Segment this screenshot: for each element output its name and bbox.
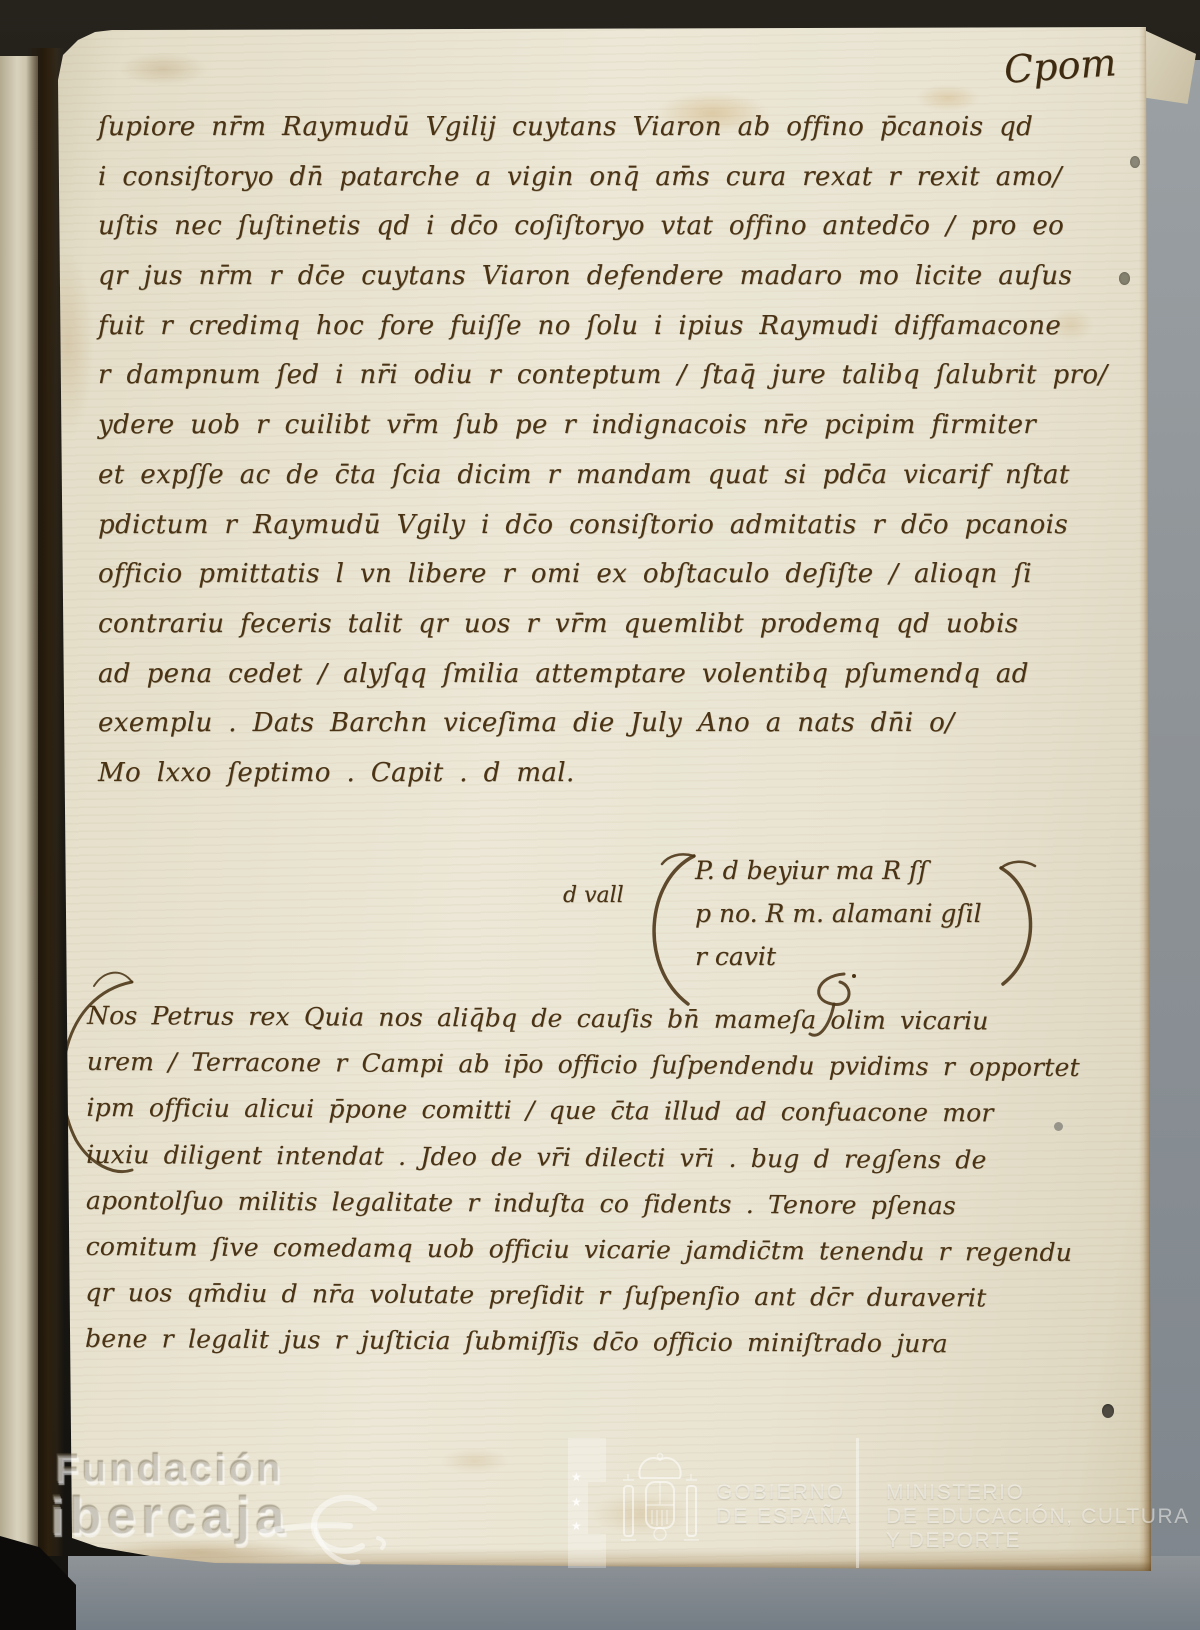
text-block-primary: ſupiore nr̄m Raymudū Vgilij cuytans Via… xyxy=(98,112,1048,808)
watermark-ibercaja-line2: ibercaja xyxy=(50,1487,290,1548)
manuscript-line: iuxiu diligent intendat . Jdeo de vr̄i d… xyxy=(86,1139,1096,1191)
flag-step-top xyxy=(588,1438,606,1482)
manuscript-line: Mo lxxo ſeptimo . Capit . d mal. xyxy=(98,758,1048,808)
manuscript-line: urem / Terracone r Campi ab ip̄o officio… xyxy=(87,1047,1097,1099)
manuscript-line: ydere uob r cuilibt vr̄m ſub pe r indign… xyxy=(98,410,1048,460)
spain-coat-of-arms-icon xyxy=(610,1450,710,1575)
manuscript-line: pdictum r Raymudū Vgily i dc̄o consiſto… xyxy=(98,510,1048,560)
parchment-hole xyxy=(1130,156,1140,168)
text-block-secondary: Nos Petrus rex Quia nos aliq̄bq de cauſi… xyxy=(85,1001,1097,1377)
signature-line: P. d beyiur ma R ſſ xyxy=(695,856,982,899)
folio-number: Cpom xyxy=(1003,40,1118,92)
parchment-stain xyxy=(118,52,208,86)
spain-government-flag-icon xyxy=(568,1438,606,1568)
watermark-ministry-line3: Y DEPORTE xyxy=(886,1529,1021,1553)
parchment-hole xyxy=(1119,272,1130,285)
manuscript-line: ipm officiu alicui p̄pone comitti / que … xyxy=(86,1093,1096,1145)
manuscript-line: qr uos qm̄diu d nr̄a volutate preſidit r… xyxy=(85,1278,1095,1330)
parchment-stain xyxy=(915,84,981,112)
manuscript-line: i consiſtoryo dn̄ patarche a vigin onq̄ … xyxy=(98,162,1048,212)
star-icon xyxy=(571,1470,585,1484)
manuscript-line: apontolſuo militis legalitate r induſta … xyxy=(86,1186,1096,1238)
watermark-government-line1: GOBIERNO xyxy=(716,1481,845,1505)
manuscript-line: uſtis nec ſuſtinetis qd i dc̄o coſiſtory… xyxy=(98,211,1048,261)
manuscript-line: bene r legalit jus r juſticia ſubmiſſis … xyxy=(85,1324,1095,1376)
manuscript-line: Nos Petrus rex Quia nos aliq̄bq de cauſi… xyxy=(87,1001,1097,1053)
manuscript-line: fuit r credimq hoc fore fuiſſe no ſolu i… xyxy=(98,311,1048,361)
watermark-ministry-line1: MINISTERIO xyxy=(886,1481,1025,1505)
manuscript-line: ad pena cedet / alyſqq ſmilia attemptare… xyxy=(98,659,1048,709)
watermark-ministry-line2: DE EDUCACIÓN, CULTURA xyxy=(886,1505,1190,1529)
flag-step-bottom xyxy=(588,1534,606,1568)
manuscript-line: et expſſe ac de c̄ta ſcia dicim r mandam… xyxy=(98,460,1048,510)
manuscript-line: contrariu feceris talit qr uos r vr̄m qu… xyxy=(98,609,1048,659)
parchment-stain xyxy=(440,1448,510,1474)
signature-line: p no. R m. alamani gſil xyxy=(695,899,982,942)
watermark-divider xyxy=(856,1438,859,1568)
manuscript-line: ſupiore nr̄m Raymudū Vgilij cuytans Via… xyxy=(98,112,1048,162)
binding-gutter-shadow xyxy=(26,48,64,1556)
manuscript-line: exemplu . Dats Barchn viceſima die July … xyxy=(98,708,1048,758)
manuscript-line: r dampnum ſed i nr̄i odiu r conteptum / … xyxy=(98,360,1048,410)
star-icon xyxy=(571,1519,585,1533)
manuscript-page: Cpom ſupiore nr̄m Raymudū Vgilij cuytan… xyxy=(0,0,1200,1630)
bracket-open-flourish-icon xyxy=(632,850,702,1010)
manuscript-scan-photo: Cpom ſupiore nr̄m Raymudū Vgilij cuytan… xyxy=(0,0,1200,1630)
background-corner-wedge xyxy=(0,1536,76,1630)
watermark-government-line2: DE ESPAÑA xyxy=(716,1505,853,1529)
manuscript-line: comitum ſive comedamq uob officiu vicari… xyxy=(85,1232,1095,1284)
ibercaja-logo-icon xyxy=(258,1486,390,1571)
bracket-close-flourish-icon xyxy=(995,858,1047,990)
margin-note: d vall xyxy=(563,883,624,908)
star-icon xyxy=(571,1495,585,1509)
parchment-hole xyxy=(1102,1404,1114,1418)
manuscript-line: officio pmittatis l vn libere r omi ex o… xyxy=(98,559,1048,609)
parchment-speck xyxy=(1054,1122,1063,1131)
manuscript-line: qr jus nr̄m r dc̄e cuytans Viaron defend… xyxy=(98,261,1048,311)
